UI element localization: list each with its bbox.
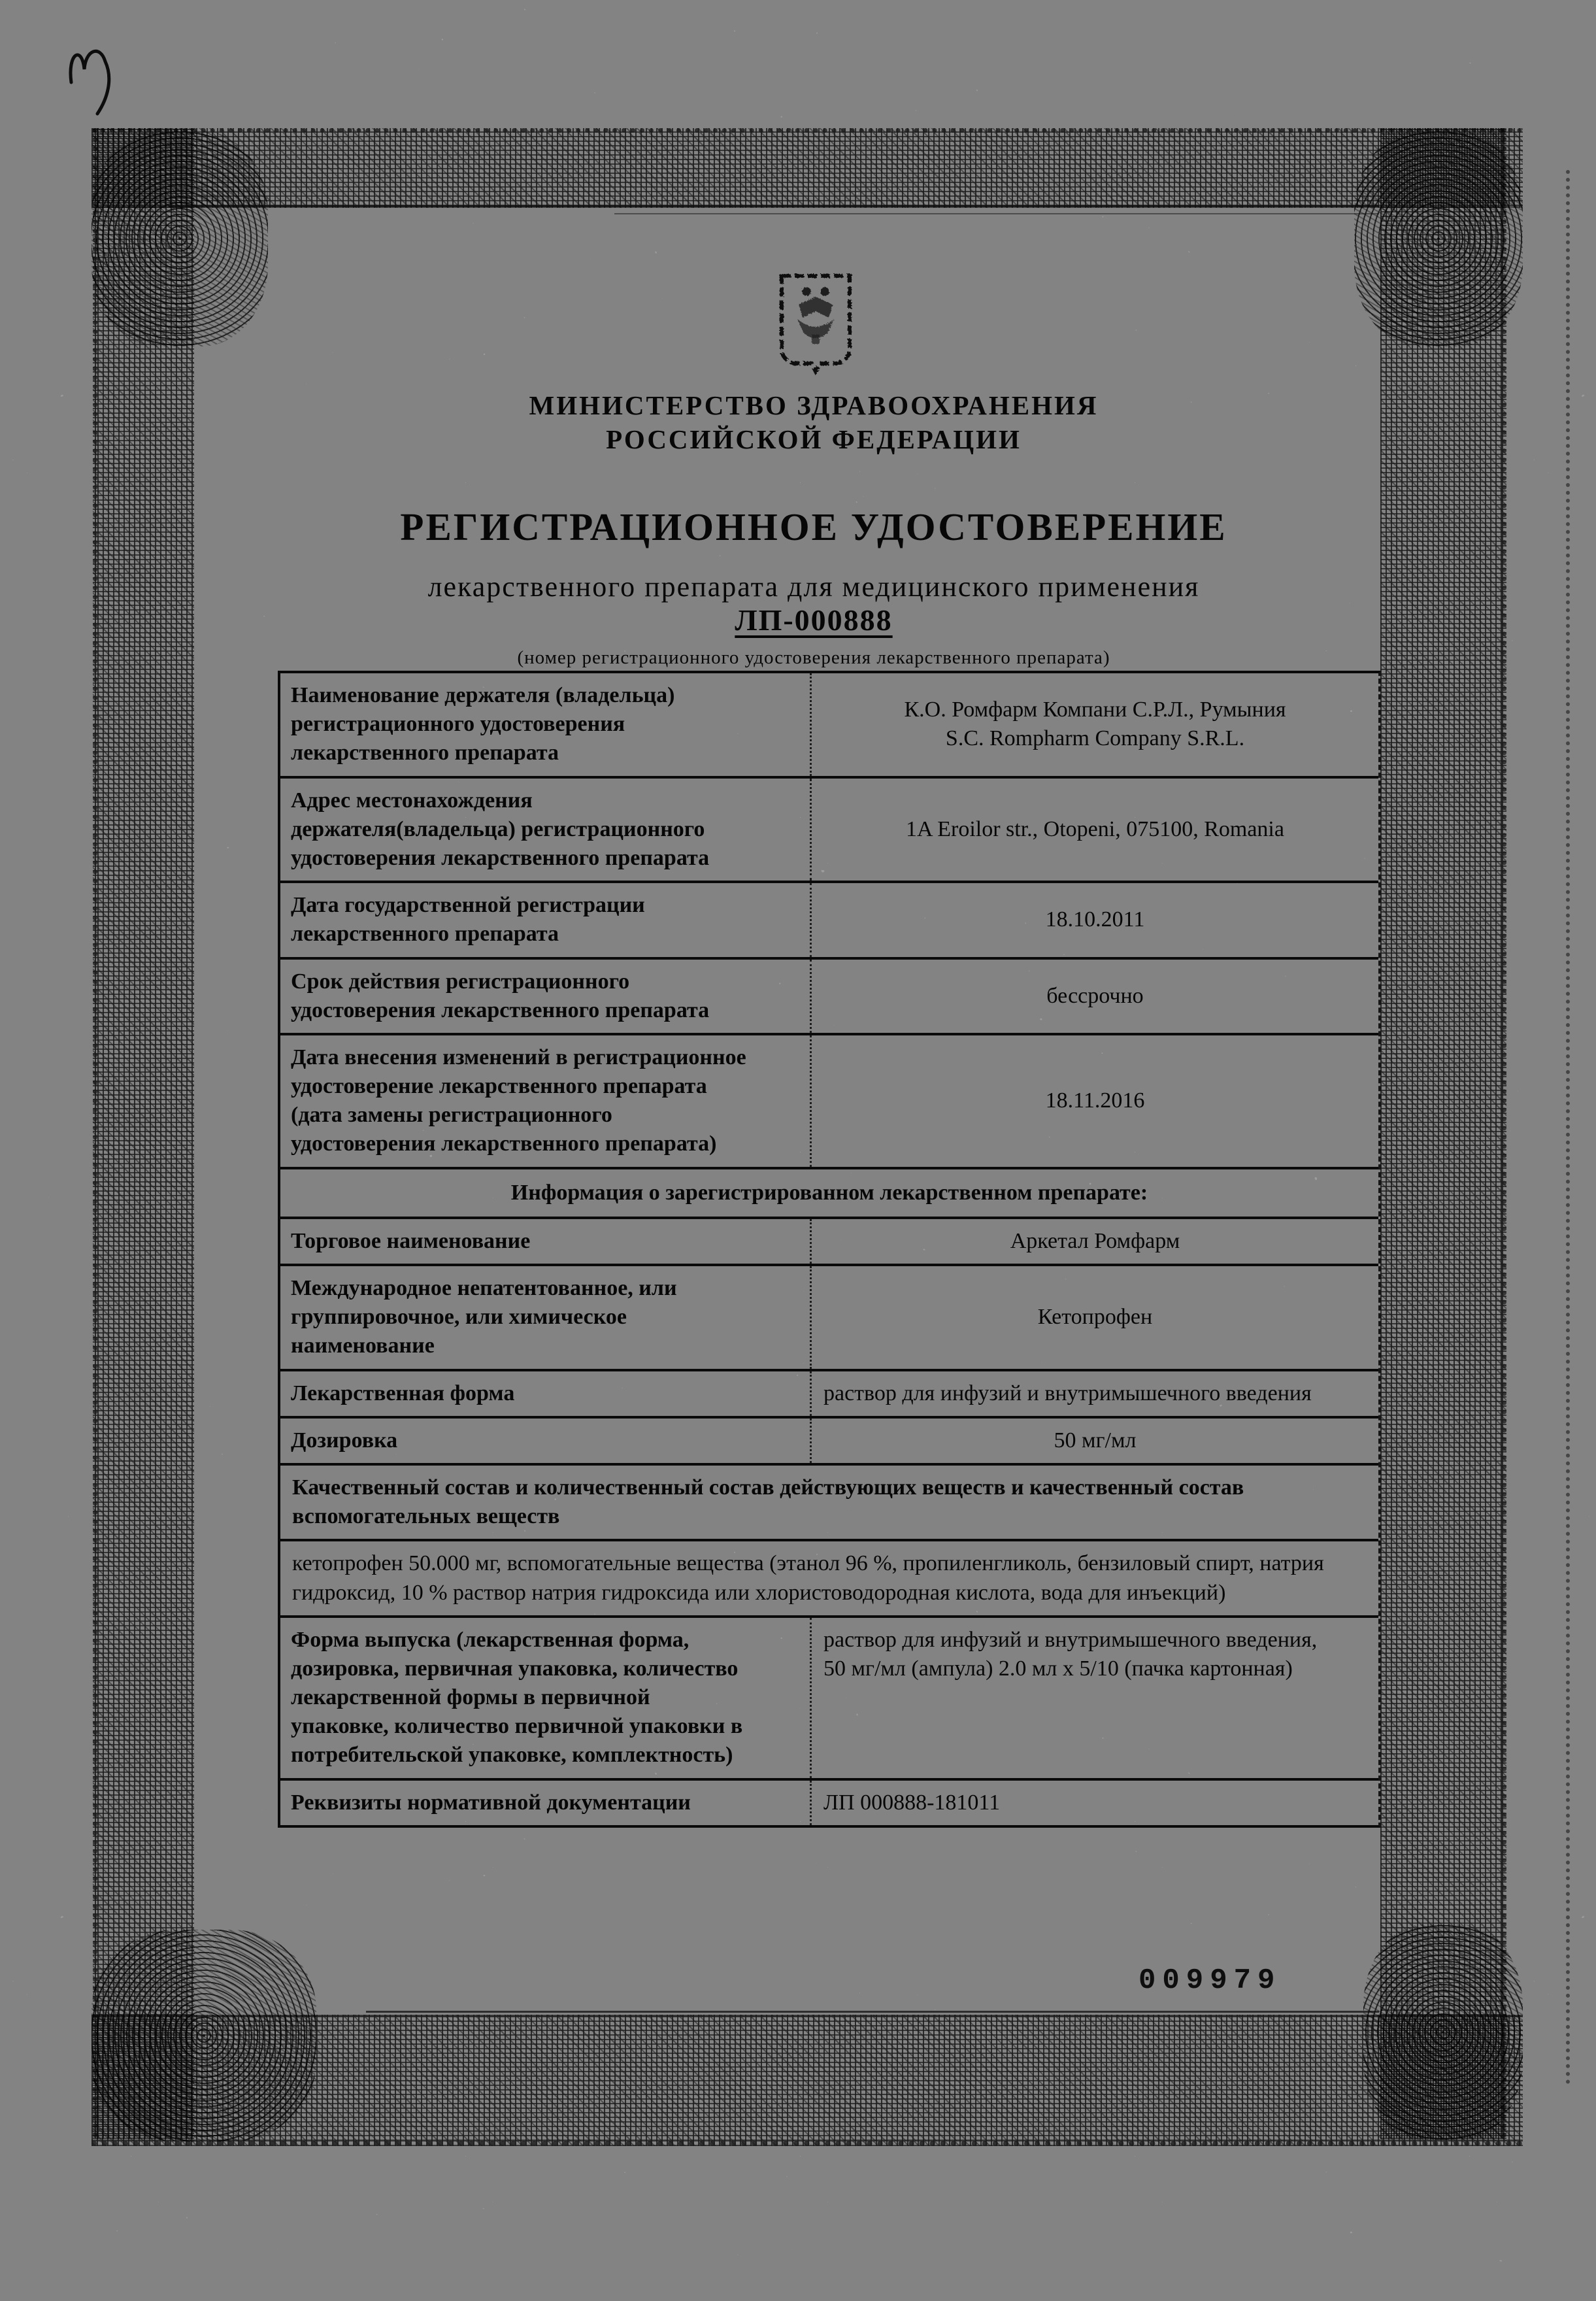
registration-number-caption: (номер регистрационного удостоверения ле… [196,647,1431,669]
frame-corner-ornament [91,1930,316,2141]
form-serial-number: 009979 [1139,1964,1281,1997]
ministry-name-line2: РОССИЙСКОЙ ФЕДЕРАЦИИ [196,424,1431,455]
table-row: Дозировка50 мг/мл [280,1416,1378,1463]
table-row: Реквизиты нормативной документацииЛП 000… [280,1778,1378,1825]
table-row: Наименование держателя (владельца) регис… [280,673,1378,776]
row-value: 18.11.2016 [810,1035,1378,1167]
scanned-certificate-page: МИНИСТЕРСТВО ЗДРАВООХРАНЕНИЯ РОССИЙСКОЙ … [0,0,1596,2301]
row-label: Наименование держателя (владельца) регис… [280,673,810,776]
table-row: Форма выпуска (лекарственная форма, дози… [280,1615,1378,1778]
right-margin-dotted-line [1566,170,1570,2085]
table-section-row: Информация о зарегистрированном лекарств… [280,1167,1378,1217]
row-value: Кетопрофен [810,1266,1378,1369]
row-value: раствор для инфузий и внутримышечного вв… [810,1371,1378,1416]
row-value: 18.10.2011 [810,883,1378,956]
row-label: Дата внесения изменений в регистрационно… [280,1035,810,1167]
russian-coat-of-arms-icon [773,269,859,380]
frame-corner-ornament [1363,1924,1523,2140]
document-title: РЕГИСТРАЦИОННОЕ УДОСТОВЕРЕНИЕ [196,505,1431,550]
ruled-line [169,205,1379,207]
certificate-table: Наименование держателя (владельца) регис… [278,671,1381,1828]
ministry-name-line1: МИНИСТЕРСТВО ЗДРАВООХРАНЕНИЯ [196,390,1431,421]
row-value: бессрочно [810,960,1378,1033]
row-label: Лекарственная форма [280,1371,810,1416]
table-row: Торговое наименованиеАркетал Ромфарм [280,1217,1378,1264]
row-value: 1A Eroilor str., Otopeni, 075100, Romani… [810,779,1378,881]
row-text: Информация о зарегистрированном лекарств… [280,1169,1378,1217]
pen-scribble-icon [62,34,154,126]
document-subtitle: лекарственного препарата для медицинског… [196,570,1431,603]
row-label: Срок действия регистрационного удостовер… [280,960,810,1033]
registration-number: ЛП-000888 [196,603,1431,637]
table-row: Лекарственная формараствор для инфузий и… [280,1369,1378,1416]
row-label: Дата государственной регистрации лекарст… [280,883,810,956]
row-label: Международное непатентованное, или групп… [280,1266,810,1369]
table-row: Адрес местонахождения держателя(владельц… [280,776,1378,881]
frame-corner-ornament [1354,131,1523,346]
row-label: Адрес местонахождения держателя(владельц… [280,779,810,881]
row-value: К.О. Ромфарм Компани С.Р.Л., Румыния S.C… [810,673,1378,776]
row-value: 50 мг/мл [810,1419,1378,1463]
table-row: Дата государственной регистрации лекарст… [280,881,1378,956]
table-row: Дата внесения изменений в регистрационно… [280,1033,1378,1167]
table-fullwidth-row: кетопрофен 50.000 мг, вспомогательные ве… [280,1539,1378,1615]
table-row: Срок действия регистрационного удостовер… [280,957,1378,1033]
row-label: Торговое наименование [280,1219,810,1264]
row-label: Дозировка [280,1419,810,1463]
row-text: кетопрофен 50.000 мг, вспомогательные ве… [280,1541,1378,1615]
ruled-line [614,213,1379,214]
row-label: Форма выпуска (лекарственная форма, дози… [280,1618,810,1778]
row-label: Реквизиты нормативной документации [280,1781,810,1825]
row-value: ЛП 000888-181011 [810,1781,1378,1825]
table-fullwidth-row: Качественный состав и количественный сос… [280,1463,1378,1539]
row-value: раствор для инфузий и внутримышечного вв… [810,1618,1378,1778]
row-text: Качественный состав и количественный сос… [280,1466,1378,1539]
ruled-line [366,2011,1379,2013]
frame-corner-ornament [91,131,268,346]
frame-band-left [93,128,194,2139]
table-row: Международное непатентованное, или групп… [280,1264,1378,1369]
frame-band-top [91,128,1523,208]
row-value: Аркетал Ромфарм [810,1219,1378,1264]
